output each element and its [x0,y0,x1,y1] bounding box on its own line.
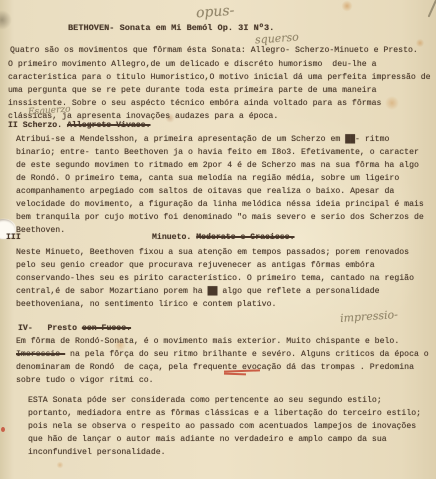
minueto-numeral: III [6,231,21,244]
scherzo-label: Scherzo. [23,121,62,130]
paragraph-allegro: O primeiro movimento Allegro,de um delic… [8,58,432,123]
paragraph-conclusion: ESTA Sonata póde ser considerada como pe… [28,394,430,459]
presto-label: Presto [48,324,77,333]
handwritten-opus-annotation: opus- [195,3,234,22]
typewritten-page: opus- BETHOVEN- Sonata em Mi Bemól Op. 3… [0,0,436,479]
red-edge-dot [1,427,5,432]
presto-body-after: na pela fôrça do seu ritmo brilhante e s… [16,350,434,385]
red-correction-mark [224,369,260,377]
heading-presto: IV- Presto con Fuoco. [18,322,131,335]
presto-body-before: Em fôrma de Rondó-Sonata, é o movimento … [16,337,404,346]
intro-line: Quatro são os movimentos que fôrmam ésta… [10,44,430,57]
paragraph-presto: Em fôrma de Rondó-Sonata, é o movimento … [16,335,430,387]
minueto-struck-tempo: Moderato e Gracioso. [196,233,294,242]
heading-minueto: Minueto. Moderato e Gracioso. [152,231,295,244]
scherzo-struck-tempo: Allegreto Vivace. [67,121,151,130]
scherzo-numeral: II [8,121,18,130]
presto-body-struck-word: Imoressio- [16,350,65,359]
paragraph-minueto: Neste Minueto, Beethoven fixou a sua ate… [16,246,430,311]
presto-struck-tempo: con Fuoco. [82,324,131,333]
paragraph-scherzo: Atribui-se a Mendelsshon, a primeira apr… [16,133,430,237]
minueto-label: Minueto. [152,233,191,242]
pencil-stroke-mark [428,0,436,17]
presto-numeral: IV- [18,324,33,333]
heading-scherzo: II Scherzo. Allegreto Vivace. [8,119,151,132]
handwritten-impressio-correction: impressio- [340,308,399,325]
page-title: BETHOVEN- Sonata em Mi Bemól Op. 3I Nº3. [68,22,274,35]
